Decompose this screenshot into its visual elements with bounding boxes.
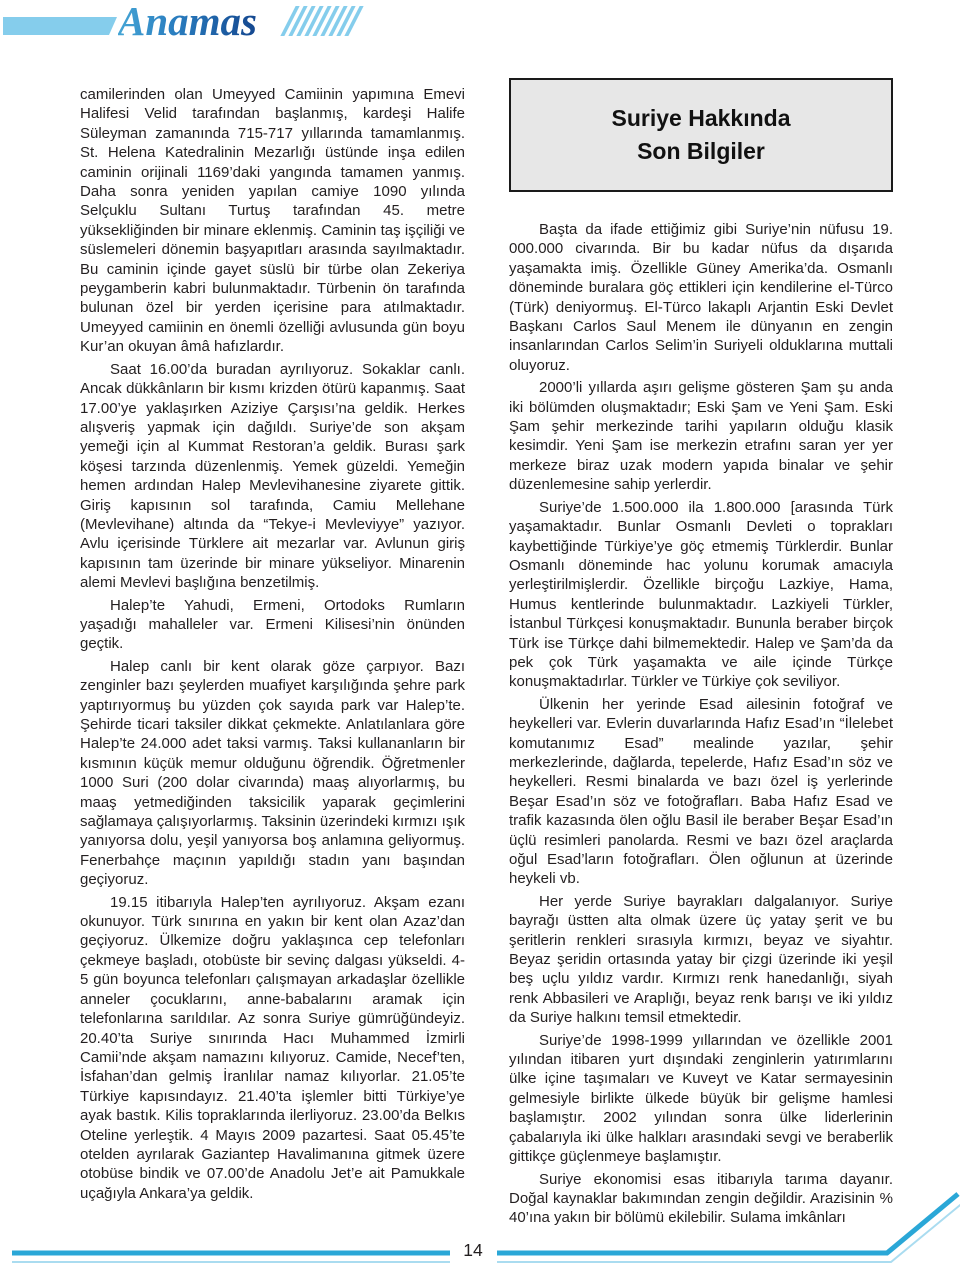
paragraph: camilerinden olan Umeyyed Camiinin yapım… — [80, 85, 465, 357]
paragraph: 19.15 itibarıyla Halep’ten ayrılıyoruz. … — [80, 893, 465, 1204]
paragraph: Suriye’de 1998-1999 yıllarından ve özell… — [509, 1031, 893, 1167]
article-body: camilerinden olan Umeyyed Camiinin yapım… — [80, 78, 893, 1231]
right-column: Suriye Hakkında Son Bilgiler Başta da if… — [509, 78, 893, 1231]
logo-diagonal-stripes-icon — [288, 6, 356, 36]
paragraph: Başta da ifade ettiğimiz gibi Suriye’nin… — [509, 220, 893, 375]
magazine-page: Anamas camilerinden olan Umeyyed Camiini… — [0, 0, 960, 1277]
left-column: camilerinden olan Umeyyed Camiinin yapım… — [80, 78, 465, 1231]
paragraph: Her yerde Suriye bayrakları dalgalanıyor… — [509, 892, 893, 1028]
page-number: 14 — [449, 1240, 497, 1261]
article-title-line1: Suriye Hakkında — [612, 106, 791, 131]
logo-bar-decoration — [3, 17, 117, 35]
page-header: Anamas — [0, 0, 960, 78]
paragraph: Halep’te Yahudi, Ermeni, Ortodoks Rumlar… — [80, 596, 465, 654]
article-title-box: Suriye Hakkında Son Bilgiler — [509, 78, 893, 192]
article-title-line2: Son Bilgiler — [637, 139, 765, 164]
paragraph: Suriye’de 1.500.000 ila 1.800.000 [arası… — [509, 498, 893, 692]
footer-rule-decoration — [0, 1185, 960, 1277]
paragraph: Saat 16.00’da buradan ayrılıyoruz. Sokak… — [80, 360, 465, 593]
paragraph: Ülkenin her yerinde Esad ailesinin fotoğ… — [509, 695, 893, 889]
paragraph: 2000’li yıllarda aşırı gelişme gösteren … — [509, 378, 893, 494]
footer-thick-line-right — [497, 1194, 958, 1253]
magazine-logo: Anamas — [118, 1, 257, 42]
paragraph: Halep canlı bir kent olarak göze çarpıyo… — [80, 657, 465, 890]
